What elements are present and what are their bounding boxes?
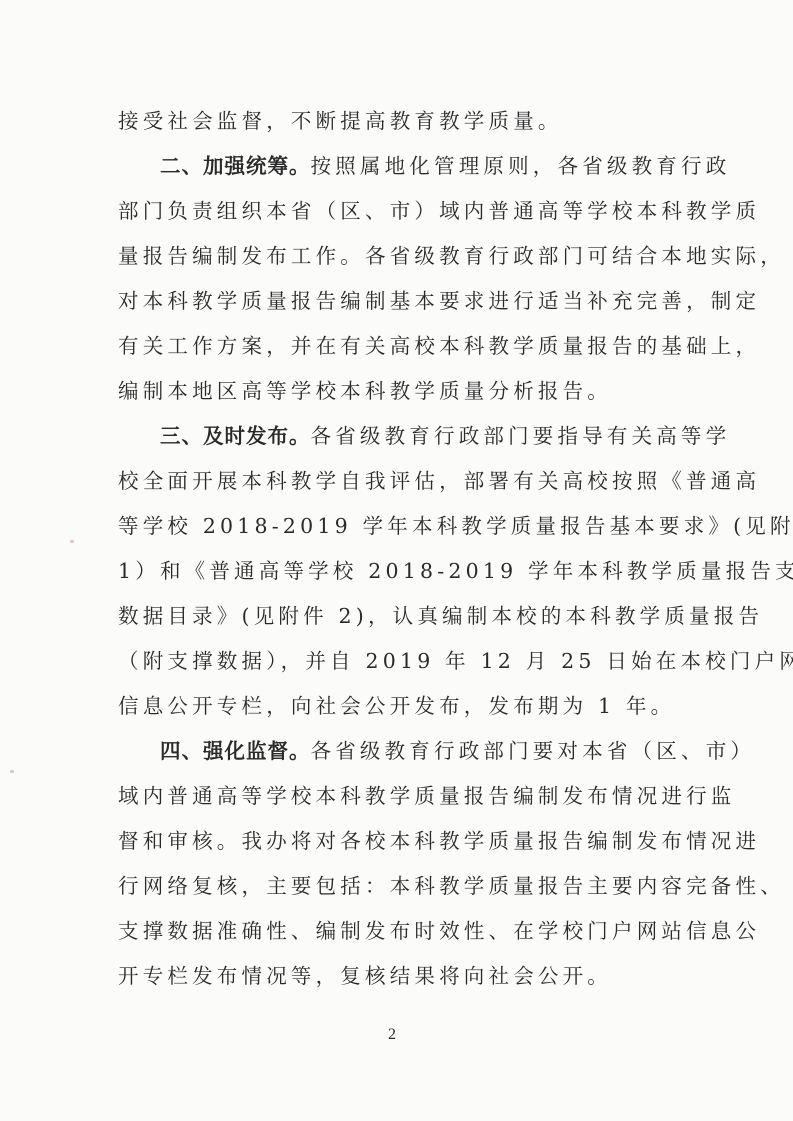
section-4-heading-line: 四、强化监督。各省级教育行政部门要对本省（区、市）	[160, 737, 755, 765]
text-line: 支撑数据准确性、编制发布时效性、在学校门户网站信息公	[118, 917, 760, 945]
section-heading: 四、强化监督。	[160, 739, 311, 763]
text-line: 信息公开专栏，向社会公开发布，发布期为 1 年。	[118, 692, 675, 720]
text-line: 数据目录》(见附件 2)，认真编制本校的本科教学质量报告	[118, 602, 763, 630]
text-line: 督和审核。我办将对各校本科教学质量报告编制发布情况进	[118, 827, 760, 855]
section-heading: 三、及时发布。	[160, 424, 311, 448]
text-line: 行网络复核，主要包括：本科教学质量报告主要内容完备性、	[118, 872, 785, 900]
section-3-heading-line: 三、及时发布。各省级教育行政部门要指导有关高等学	[160, 422, 730, 450]
text-line: 开专栏发布情况等，复核结果将向社会公开。	[118, 962, 612, 990]
scan-speck	[10, 770, 14, 773]
section-2-heading-line: 二、加强统筹。按照属地化管理原则，各省级教育行政	[160, 152, 730, 180]
text-line: 接受社会监督，不断提高教育教学质量。	[118, 107, 563, 135]
text-line: 校全面开展本科教学自我评估，部署有关高校按照《普通高	[118, 467, 760, 495]
section-heading: 二、加强统筹。	[160, 154, 311, 178]
scan-speck	[70, 540, 74, 543]
text-line: 编制本地区高等学校本科教学质量分析报告。	[118, 377, 612, 405]
text-line: 等学校 2018-2019 学年本科教学质量报告基本要求》(见附件	[118, 512, 793, 540]
text-line: 1）和《普通高等学校 2018-2019 学年本科教学质量报告支撑	[118, 557, 793, 585]
text-line: 部门负责组织本省（区、市）域内普通高等学校本科教学质	[118, 197, 760, 225]
text-line: （附支撑数据），并自 2019 年 12 月 25 日始在本校门户网站	[118, 647, 793, 675]
text-line: 量报告编制发布工作。各省级教育行政部门可结合本地实际，	[118, 242, 785, 270]
text-line: 有关工作方案，并在有关高校本科教学质量报告的基础上，	[118, 332, 760, 360]
text-line: 对本科教学质量报告编制基本要求进行适当补充完善，制定	[118, 287, 760, 315]
text-line: 域内普通高等学校本科教学质量报告编制发布情况进行监	[118, 782, 736, 810]
page-number: 2	[388, 1026, 396, 1044]
